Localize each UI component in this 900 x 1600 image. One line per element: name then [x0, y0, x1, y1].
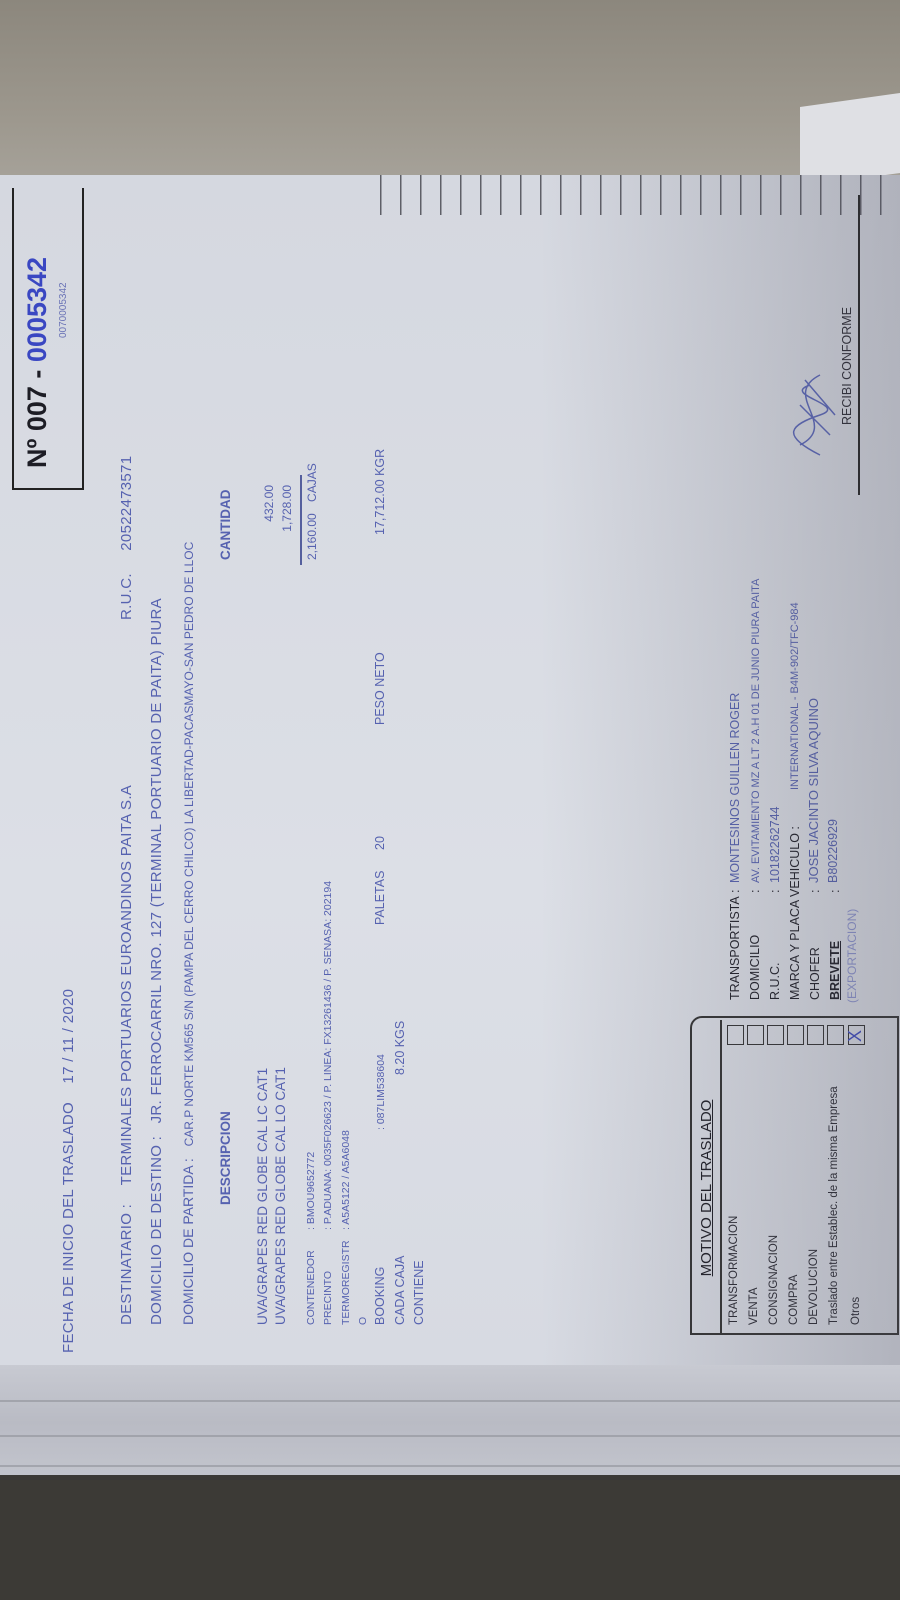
- detail-contenedor: CONTENEDOR: BMOU9652772: [305, 1152, 317, 1325]
- background-paper-corner: [800, 93, 900, 187]
- descripcion-header: DESCRIPCION: [218, 1111, 233, 1205]
- checkbox-consignacion[interactable]: [767, 1025, 784, 1045]
- ruc-row: R.U.C. 20522473571: [118, 456, 135, 620]
- checkbox-transformacion[interactable]: [727, 1025, 744, 1045]
- document-number-sub: 0070005342: [58, 282, 69, 338]
- item-row: UVA/GRAPES RED GLOBE CAL LC CAT1: [255, 1068, 270, 1325]
- domicilio-partida-label: DOMICILIO DE PARTIDA :: [180, 1158, 196, 1325]
- marca-placa-label: MARCA Y PLACA VEHICULO :: [788, 826, 802, 1000]
- domicilio-partida-row: DOMICILIO DE PARTIDA : CAR.P NORTE KM565…: [180, 542, 196, 1325]
- ruc-label: R.U.C.: [118, 573, 135, 620]
- chofer-value: JOSE JACINTO SILVA AQUINO: [806, 698, 821, 883]
- destinatario-label: DESTINATARIO :: [118, 1204, 135, 1325]
- total-rule: [300, 475, 302, 565]
- checkbox-devolucion[interactable]: [807, 1025, 824, 1045]
- brevete-value: B80226929: [826, 819, 840, 883]
- peso-neto-value: 17,712.00 KGR: [373, 449, 387, 535]
- perforated-edge: [380, 175, 900, 215]
- cada-caja-value: 8.20 KGS: [393, 1021, 407, 1075]
- domicilio-partida-value: CAR.P NORTE KM565 S/N (PAMPA DEL CERRO C…: [182, 542, 196, 1147]
- motivo-option-consignacion: CONSIGNACION: [768, 1235, 780, 1325]
- paletas-label: PALETAS: [373, 871, 387, 925]
- total-unit: CAJAS: [305, 463, 319, 502]
- document-photo: Nº 007 - 0005342 0070005342 FECHA DE INI…: [0, 175, 900, 1365]
- item-row: UVA/GRAPES RED GLOBE CAL LO CAT1: [273, 1067, 288, 1325]
- checkbox-traslado[interactable]: [827, 1025, 844, 1045]
- detail-termoregistro: TERMOREGISTR: A5A5122 / A5A6048: [340, 1130, 352, 1325]
- fecha-value: 17 / 11 / 2020: [60, 989, 77, 1084]
- motivo-option-otros: Otros: [850, 1297, 862, 1325]
- chofer-label: CHOFER: [808, 947, 822, 1000]
- total-row: 2,160.00 CAJAS: [305, 463, 319, 560]
- transportista-label: TRANSPORTISTA: [728, 896, 742, 1000]
- item-quantity: 432.00: [262, 485, 276, 565]
- fecha-label: FECHA DE INICIO DEL TRASLADO: [60, 1102, 77, 1353]
- cada-caja-label: CADA CAJA: [393, 1256, 407, 1325]
- recibi-conforme-label: RECIBI CONFORME: [840, 307, 854, 425]
- checkbox-compra[interactable]: [787, 1025, 804, 1045]
- domicilio-destino-row: DOMICILIO DE DESTINO : JR. FERROCARRIL N…: [148, 598, 165, 1325]
- booking-value: : 087LIM538604: [375, 1054, 387, 1130]
- motivo-option-devolucion: DEVOLUCION: [808, 1249, 820, 1325]
- domicilio-destino-value: JR. FERROCARRIL NRO. 127 (TERMINAL PORTU…: [148, 598, 165, 1123]
- detail-o: O: [357, 1317, 369, 1325]
- exportacion-stamp: (EXPORTACION): [845, 909, 859, 1003]
- motivo-title: MOTIVO DEL TRASLADO: [698, 1043, 715, 1333]
- domicilio-value: AV. EVITAMIENTO MZ A LT 2 A.H 01 DE JUNI…: [750, 579, 762, 883]
- background-wall: [0, 0, 900, 200]
- document-number-box: Nº 007 - 0005342 0070005342: [12, 188, 84, 490]
- item-quantity: 1,728.00: [280, 485, 294, 565]
- document-number-prefix: Nº 007 -: [22, 362, 52, 468]
- marca-placa-value: INTERNATIONAL - B4M-902/TFC-984: [789, 602, 801, 790]
- motivo-option-venta: VENTA: [748, 1288, 760, 1326]
- background-floor: [0, 1475, 900, 1600]
- destinatario-row: DESTINATARIO : TERMINALES PORTUARIOS EUR…: [118, 785, 135, 1325]
- motivo-option-compra: COMPRA: [788, 1275, 800, 1325]
- document-number-value: 0005342: [22, 257, 52, 362]
- brevete-label: BREVETE: [828, 941, 842, 1000]
- detail-precinto: PRECINTO: P.ADUANA: 0035F026623 / P. LIN…: [322, 881, 334, 1325]
- total-quantity: 2,160.00: [305, 513, 319, 560]
- domicilio-label: DOMICILIO: [748, 935, 762, 1000]
- fecha-row: FECHA DE INICIO DEL TRASLADO 17 / 11 / 2…: [60, 989, 77, 1353]
- domicilio-destino-label: DOMICILIO DE DESTINO :: [148, 1136, 165, 1325]
- check-x-mark: X: [845, 1030, 866, 1042]
- transportista-value: MONTESINOS GUILLEN ROGER: [728, 693, 742, 883]
- cantidad-header: CANTIDAD: [218, 490, 233, 561]
- transport-ruc-label: R.U.C.: [768, 963, 782, 1001]
- peso-neto-label: PESO NETO: [373, 652, 387, 725]
- ruc-value: 20522473571: [118, 456, 135, 551]
- checkbox-otros[interactable]: X: [848, 1025, 865, 1045]
- booking-label: BOOKING: [373, 1267, 387, 1325]
- signature-scribble: [760, 365, 850, 465]
- transport-ruc-value: 10182262744: [768, 807, 782, 883]
- checkbox-venta[interactable]: [747, 1025, 764, 1045]
- contiene-label: CONTIENE: [412, 1260, 426, 1325]
- guia-de-remision: Nº 007 - 0005342 0070005342 FECHA DE INI…: [0, 175, 900, 1365]
- paper-stack: [0, 1360, 900, 1485]
- signature-line: [858, 195, 860, 495]
- motivo-option-traslado: Traslado entre Establec. de la misma Emp…: [828, 1086, 840, 1325]
- destinatario-value: TERMINALES PORTUARIOS EUROANDINOS PAITA …: [118, 785, 135, 1185]
- paletas-value: 20: [373, 836, 387, 850]
- motivo-option-transformacion: TRANSFORMACION: [728, 1216, 740, 1325]
